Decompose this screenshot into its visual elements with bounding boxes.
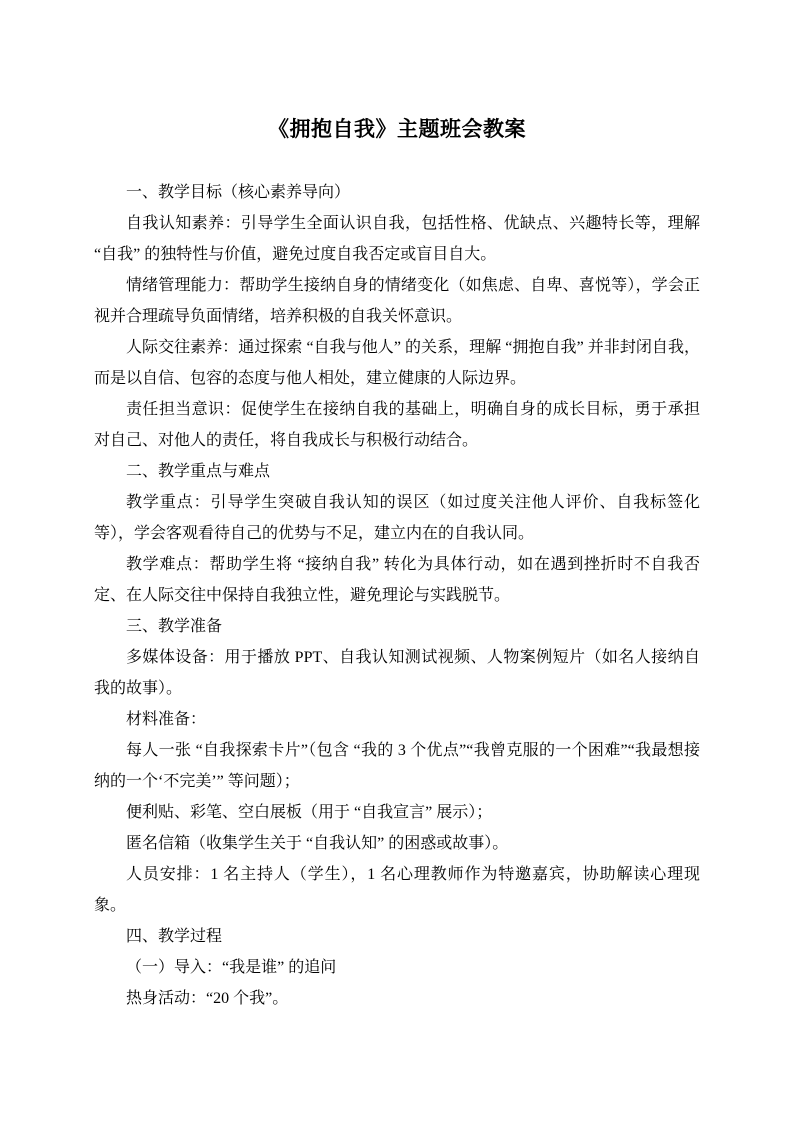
- paragraph-section-2-heading: 二、教学重点与难点: [94, 456, 700, 487]
- paragraph-emotion-management: 情绪管理能力：帮助学生接纳自身的情绪变化（如焦虑、自卑、喜悦等），学会正视并合理…: [94, 270, 700, 332]
- paragraph-section-1-heading: 一、教学目标（核心素养导向）: [94, 177, 700, 208]
- paragraph-personnel: 人员安排：1 名主持人（学生），1 名心理教师作为特邀嘉宾，协助解读心理现象。: [94, 859, 700, 921]
- paragraph-warmup-activity: 热身活动：“20 个我”。: [94, 983, 700, 1014]
- paragraph-teaching-focus: 教学重点：引导学生突破自我认知的误区（如过度关注他人评价、自我标签化等），学会客…: [94, 487, 700, 549]
- paragraph-anonymous-mailbox: 匿名信箱（收集学生关于 “自我认知” 的困惑或故事）。: [94, 828, 700, 859]
- paragraph-interpersonal: 人际交往素养：通过探索 “自我与他人” 的关系，理解 “拥抱自我” 并非封闭自我…: [94, 332, 700, 394]
- paragraph-section-3-heading: 三、教学准备: [94, 611, 700, 642]
- paragraph-teaching-difficulty: 教学难点：帮助学生将 “接纳自我” 转化为具体行动，如在遇到挫折时不自我否定、在…: [94, 549, 700, 611]
- paragraph-sticky-notes: 便利贴、彩笔、空白展板（用于 “自我宣言” 展示）；: [94, 797, 700, 828]
- document-body: 一、教学目标（核心素养导向） 自我认知素养：引导学生全面认识自我，包括性格、优缺…: [94, 177, 700, 1014]
- paragraph-intro-who-am-i: （一）导入：“我是谁” 的追问: [94, 952, 700, 983]
- document-title: 《拥抱自我》主题班会教案: [94, 115, 700, 145]
- paragraph-material-prep-heading: 材料准备：: [94, 704, 700, 735]
- paragraph-section-4-heading: 四、教学过程: [94, 921, 700, 952]
- paragraph-self-cognition: 自我认知素养：引导学生全面认识自我，包括性格、优缺点、兴趣特长等，理解 “自我”…: [94, 208, 700, 270]
- paragraph-responsibility: 责任担当意识：促使学生在接纳自我的基础上，明确自身的成长目标，勇于承担对自己、对…: [94, 394, 700, 456]
- paragraph-exploration-card: 每人一张 “自我探索卡片”（包含 “我的 3 个优点”“我曾克服的一个困难”“我…: [94, 735, 700, 797]
- document-page: 《拥抱自我》主题班会教案 一、教学目标（核心素养导向） 自我认知素养：引导学生全…: [0, 0, 793, 1122]
- paragraph-multimedia-equipment: 多媒体设备：用于播放 PPT、自我认知测试视频、人物案例短片（如名人接纳自我的故…: [94, 642, 700, 704]
